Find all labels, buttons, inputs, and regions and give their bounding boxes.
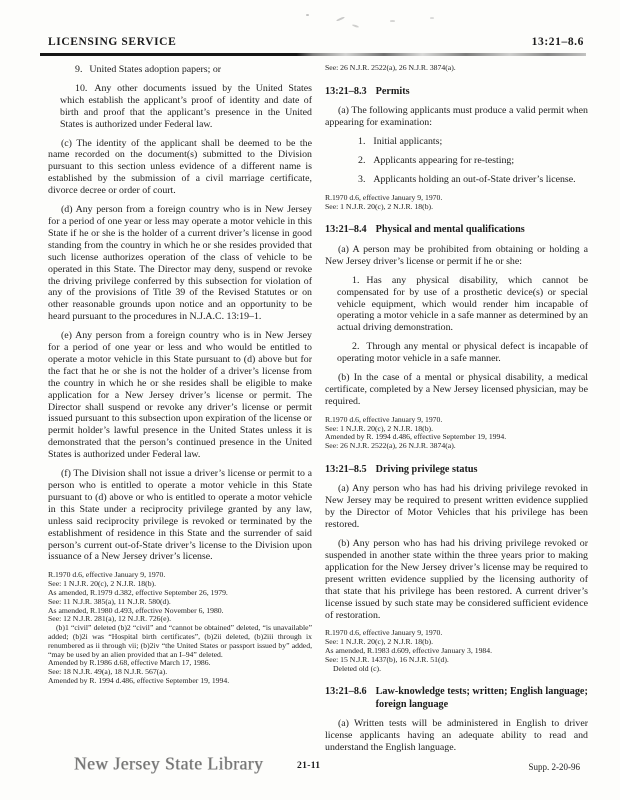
scan-speck [430, 17, 434, 19]
paragraph-e: (e) Any person from a foreign country wh… [48, 330, 312, 461]
section-title: Permits [376, 86, 588, 99]
running-header: LICENSING SERVICE 13:21–8.6 [48, 36, 584, 48]
item-text: Any other documents issued by the United… [60, 83, 312, 130]
scan-speck [352, 24, 359, 28]
paragraph-8-3-a: (a) The following applicants must produc… [325, 105, 588, 129]
paragraph-8-5-a: (a) Any person who has had his driving p… [325, 483, 588, 531]
paragraph-8-4-b: (b) In the case of a mental or physical … [325, 372, 588, 408]
paragraph-8-4-a: (a) A person may be prohibited from obta… [325, 244, 588, 268]
section-heading-13-21-8-5: 13:21–8.5 Driving privilege status [325, 464, 588, 477]
paragraph-f: (f) The Division shall not issue a drive… [48, 468, 312, 563]
item-text: Initial applicants; [373, 136, 442, 147]
section-number: 13:21–8.3 [325, 86, 367, 99]
paragraph-8-6-a: (a) Written tests will be administered i… [325, 718, 588, 754]
citation-block: R.1970 d.6, effective January 9, 1970. S… [325, 194, 588, 212]
list-item-10: 10.Any other documents issued by the Uni… [48, 83, 312, 131]
paragraph-d: (d) Any person from a foreign country wh… [48, 204, 312, 323]
citation-note: Deleted old (c). [325, 665, 588, 674]
list-item-9: 9.United States adoption papers; or [48, 64, 312, 76]
permit-list-item: 3.Applicants holding an out-of-State dri… [345, 174, 588, 186]
section-title: Physical and mental qualifications [376, 224, 588, 237]
citation-line: Amended by R. 1994 d.486, effective Sept… [48, 677, 312, 686]
paragraph-c: (c) The identity of the applicant shall … [48, 138, 312, 198]
left-column: 9.United States adoption papers; or 10.A… [48, 64, 312, 754]
page-number: 21-11 [297, 760, 320, 771]
citation-block: R.1970 d.6, effective January 9, 1970. S… [48, 571, 312, 685]
citation-block: R.1970 d.6, effective January 9, 1970. S… [325, 416, 588, 451]
qualification-item-1: 1.Has any physical disability, which can… [325, 275, 588, 335]
citation-block: R.1970 d.6, effective January 9, 1970. S… [325, 629, 588, 673]
citation-line: See: 26 N.J.R. 2522(a), 26 N.J.R. 3874(a… [325, 64, 588, 73]
permit-list-item: 2.Applicants appearing for re-testing; [345, 155, 588, 167]
section-heading-13-21-8-6: 13:21–8.6 Law-knowledge tests; written; … [325, 686, 588, 711]
section-heading-13-21-8-4: 13:21–8.4 Physical and mental qualificat… [325, 224, 588, 237]
section-title: Law-knowledge tests; written; English la… [376, 686, 588, 711]
supplement-date: Supp. 2-20-96 [529, 762, 581, 772]
scan-speck [306, 14, 309, 16]
scanned-document-page: LICENSING SERVICE 13:21–8.6 9.United Sta… [0, 0, 620, 800]
item-text: Applicants appearing for re-testing; [373, 155, 514, 166]
scan-speck [390, 20, 395, 22]
two-column-body: 9.United States adoption papers; or 10.A… [48, 64, 588, 754]
library-stamp: New Jersey State Library [74, 752, 274, 774]
right-column: See: 26 N.J.R. 2522(a), 26 N.J.R. 3874(a… [325, 64, 588, 754]
item-number: 9. [75, 64, 82, 75]
item-number: 3. [358, 174, 365, 185]
scan-speck [336, 16, 345, 21]
header-section-ref: 13:21–8.6 [532, 36, 584, 48]
paragraph-8-5-b: (b) Any person who has had his driving p… [325, 538, 588, 621]
amendment-note: (b)1 “civil” deleted (b)2 “civil” and “c… [48, 624, 312, 659]
item-number: 1. [352, 275, 359, 286]
item-text: Through any mental or physical defect is… [337, 341, 588, 364]
permit-list-item: 1.Initial applicants; [345, 136, 588, 148]
item-number: 2. [352, 341, 359, 352]
item-number: 10. [75, 83, 87, 94]
item-number: 2. [358, 155, 365, 166]
section-number: 13:21–8.4 [325, 224, 367, 237]
header-rule [40, 53, 586, 56]
item-text: Has any physical disability, which canno… [337, 275, 588, 334]
item-text: United States adoption papers; or [89, 64, 221, 75]
section-title: Driving privilege status [376, 464, 588, 477]
item-text: Applicants holding an out-of-State drive… [373, 174, 575, 185]
section-number: 13:21–8.6 [325, 686, 367, 711]
header-title: LICENSING SERVICE [48, 36, 176, 48]
citation-line: See: 1 N.J.R. 20(c), 2 N.J.R. 18(b). [325, 203, 588, 212]
section-heading-13-21-8-3: 13:21–8.3 Permits [325, 86, 588, 99]
item-number: 1. [358, 136, 365, 147]
qualification-item-2: 2.Through any mental or physical defect … [325, 341, 588, 365]
citation-block: See: 26 N.J.R. 2522(a), 26 N.J.R. 3874(a… [325, 64, 588, 73]
citation-line: See: 26 N.J.R. 2522(a), 26 N.J.R. 3874(a… [325, 442, 588, 451]
section-number: 13:21–8.5 [325, 464, 367, 477]
